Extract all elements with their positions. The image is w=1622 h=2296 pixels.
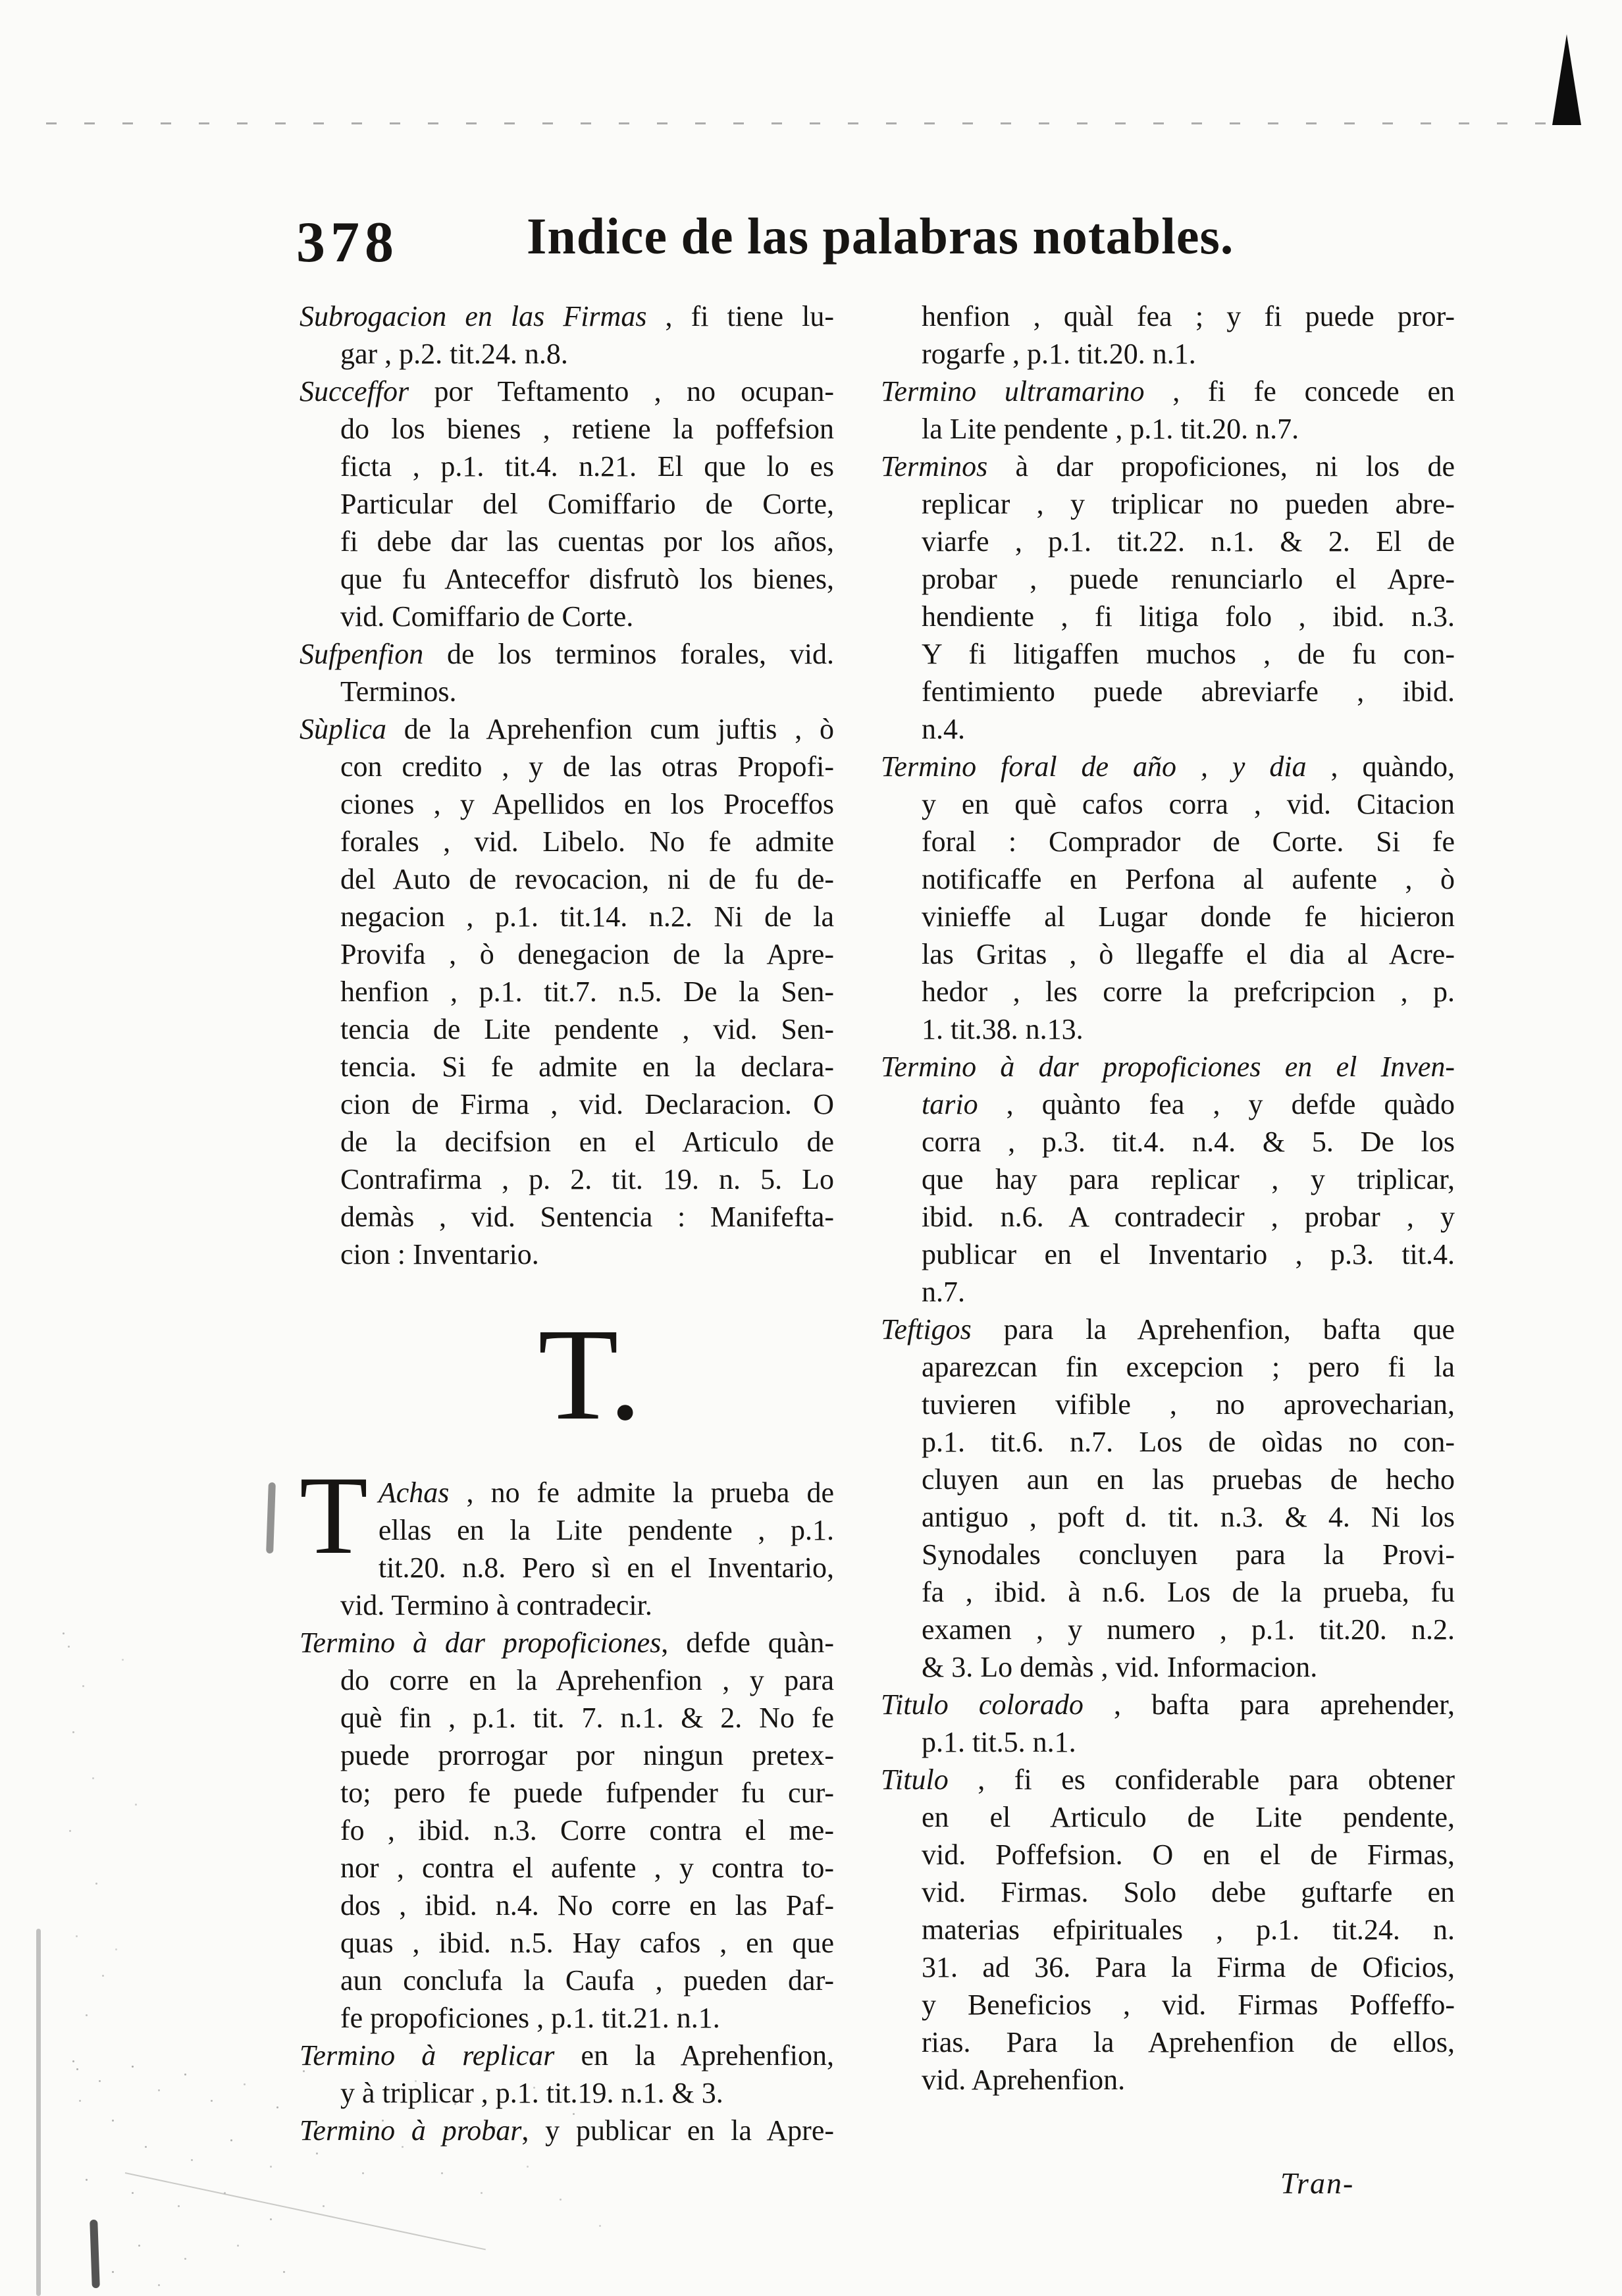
entry-text: fentimiento puede abreviarfe , ibid. — [922, 675, 1455, 708]
entry-text: ficta , p.1. tit.4. n.21. El que lo es — [340, 450, 834, 483]
index-entry: Sùplica de la Aprehenfion cum juftis , ò… — [300, 710, 834, 1273]
entry-line: p.1. tit.5. n.1. — [922, 1723, 1455, 1761]
entry-text: Provifa , ò denegacion de la Apre- — [340, 938, 834, 970]
entry-text: do los bienes , retiene la poffefsion — [340, 413, 834, 445]
dropcap-initial: T — [300, 1474, 379, 1557]
entry-line: Particular del Comiffario de Corte, — [340, 485, 834, 523]
entry-text: aun conclufa la Caufa , pueden dar- — [340, 1964, 834, 1996]
entry-term: Succeffor — [300, 375, 409, 407]
entry-line: do corre en la Aprehenfion , y para — [340, 1661, 834, 1699]
entry-line: vid. Aprehenfion. — [922, 2061, 1455, 2099]
entry-text: Particular del Comiffario de Corte, — [340, 488, 834, 520]
entry-line: fo , ibid. n.3. Corre contra el me- — [340, 1812, 834, 1849]
entry-line: demàs , vid. Sentencia : Manifefta- — [340, 1198, 834, 1236]
entry-term: Subrogacion en las Firmas — [300, 300, 646, 332]
entry-line: gar , p.2. tit.24. n.8. — [340, 335, 834, 373]
entry-text: probar , puede renunciarlo el Apre- — [922, 563, 1455, 595]
entry-line: Contrafirma , p. 2. tit. 19. n. 5. Lo — [340, 1161, 834, 1198]
entry-text: notificaffe en Perfona al aufente , ò — [922, 863, 1455, 895]
entry-line: nor , contra el aufente , y contra to- — [340, 1849, 834, 1887]
entry-line: tencia de Lite pendente , vid. Sen- — [340, 1010, 834, 1048]
entry-text: fo , ibid. n.3. Corre contra el me- — [340, 1814, 834, 1846]
entry-line: que hay para replicar , y triplicar, — [922, 1161, 1455, 1198]
entry-text: , y publicar en la Apre- — [521, 2114, 834, 2147]
page-title: Indice de las palabras notables. — [527, 207, 1234, 266]
index-entry: henfion , quàl fea ; y fi puede pror-rog… — [881, 298, 1455, 373]
entry-term: Termino foral de año , y dia — [881, 750, 1307, 783]
entry-text: , quàndo, — [1307, 750, 1455, 783]
entry-text: aparezcan fin excepcion ; pero fi la — [922, 1351, 1455, 1383]
entry-line: Termino à probar, y publicar en la Apre- — [300, 2112, 834, 2149]
entry-text: antiguo , poft d. tit. n.3. & 4. Ni los — [922, 1501, 1455, 1533]
entry-text: cion de Firma , vid. Declaracion. O — [340, 1088, 834, 1120]
index-entry: Sufpenfion de los terminos forales, vid.… — [300, 635, 834, 710]
entry-line: Subrogacion en las Firmas , fi tiene lu- — [300, 298, 834, 335]
index-entry: Titulo , fi es confiderable para obtener… — [881, 1761, 1455, 2099]
entry-text: con credito , y de las otras Propofi- — [340, 750, 834, 783]
entry-line: que fu Anteceffor disfrutò los bienes, — [340, 560, 834, 598]
entry-line: dos , ibid. n.4. No corre en las Paf- — [340, 1887, 834, 1924]
entry-text: fi debe dar las cuentas por los años, — [340, 525, 834, 558]
entry-line: & 3. Lo demàs , vid. Informacion. — [922, 1648, 1455, 1686]
entry-text: rogarfe , p.1. tit.20. n.1. — [922, 338, 1196, 370]
entry-text: Synodales concluyen para la Provi- — [922, 1538, 1455, 1571]
entry-text: materias efpirituales , p.1. tit.24. n. — [922, 1914, 1455, 1946]
entry-text: cion : Inventario. — [340, 1238, 539, 1270]
entry-text: , defde quàn- — [661, 1627, 834, 1659]
entry-text: tit.20. n.8. Pero sì en el Inventario, — [379, 1552, 834, 1584]
entry-term: Sufpenfion — [300, 638, 423, 670]
entry-line: vid. Termino à contradecir. — [340, 1586, 834, 1624]
entry-text: fa , ibid. à n.6. Los de la prueba, fu — [922, 1576, 1455, 1608]
entry-line: Terminos. — [340, 673, 834, 710]
entry-line: n.4. — [922, 710, 1455, 748]
entry-line: tencia. Si fe admite en la declara- — [340, 1048, 834, 1085]
entry-text: n.4. — [922, 713, 965, 745]
catchword: Tran- — [1280, 2166, 1354, 2201]
entry-line: to; pero fe puede fufpender fu cur- — [340, 1774, 834, 1812]
entry-line: negacion , p.1. tit.14. n.2. Ni de la — [340, 898, 834, 935]
entry-line: y en què cafos corra , vid. Citacion — [922, 785, 1455, 823]
scan-scratch-artifact — [125, 2172, 486, 2250]
entry-line: Teftigos para la Aprehenfion, bafta que — [881, 1311, 1455, 1348]
entry-text: nor , contra el aufente , y contra to- — [340, 1852, 834, 1884]
entry-line: aparezcan fin excepcion ; pero fi la — [922, 1348, 1455, 1386]
entry-text: 31. ad 36. Para la Firma de Oficios, — [922, 1951, 1455, 1983]
entry-line: do los bienes , retiene la poffefsion — [340, 410, 834, 448]
entry-text: publicar en el Inventario , p.3. tit.4. — [922, 1238, 1455, 1270]
entry-line: y à triplicar , p.1. tit.19. n.1. & 3. — [340, 2074, 834, 2112]
index-entry: Termino à probar, y publicar en la Apre- — [300, 2112, 834, 2149]
entry-line: probar , puede renunciarlo el Apre- — [922, 560, 1455, 598]
entry-line: fi debe dar las cuentas por los años, — [340, 523, 834, 560]
entry-text: puede prorrogar por ningun pretex- — [340, 1739, 834, 1771]
index-entry: Titulo colorado , bafta para aprehender,… — [881, 1686, 1455, 1761]
entry-term: tario — [922, 1088, 978, 1120]
entry-text: ibid. n.6. A contradecir , probar , y — [922, 1201, 1455, 1233]
entry-text: vinieffe al Lugar donde fe hicieron — [922, 900, 1455, 933]
entry-text: n.7. — [922, 1276, 965, 1308]
entry-text: quas , ibid. n.5. Hay cafos , en que — [340, 1927, 834, 1959]
page-number: 378 — [296, 209, 399, 276]
entry-line: Provifa , ò denegacion de la Apre- — [340, 935, 834, 973]
entry-text: , quànto fea , y defde quàdo — [978, 1088, 1455, 1120]
entry-text: Terminos. — [340, 675, 457, 708]
entry-line: examen , y numero , p.1. tit.20. n.2. — [922, 1611, 1455, 1648]
entry-line: henfion , quàl fea ; y fi puede pror- — [922, 298, 1455, 335]
entry-text: ciones , y Apellidos en los Proceffos — [340, 788, 834, 820]
entry-text: examen , y numero , p.1. tit.20. n.2. — [922, 1613, 1455, 1646]
entry-text: vid. Poffefsion. O en el de Firmas, — [922, 1839, 1455, 1871]
entry-line: de la decifsion en el Articulo de — [340, 1123, 834, 1161]
entry-text: Y fi litigaffen muchos , de fu con- — [922, 638, 1455, 670]
entry-term: Sùplica — [300, 713, 386, 745]
entry-text: que hay para replicar , y triplicar, — [922, 1163, 1455, 1195]
entry-line: tario , quànto fea , y defde quàdo — [922, 1085, 1455, 1123]
index-entry: Subrogacion en las Firmas , fi tiene lu-… — [300, 298, 834, 373]
entry-text: y à triplicar , p.1. tit.19. n.1. & 3. — [340, 2077, 723, 2109]
entry-line: con credito , y de las otras Propofi- — [340, 748, 834, 785]
entry-line: materias efpirituales , p.1. tit.24. n. — [922, 1911, 1455, 1948]
index-entry: Termino à dar propoficiones en el Inven-… — [881, 1048, 1455, 1311]
entry-line: Termino foral de año , y dia , quàndo, — [881, 748, 1455, 785]
entry-line: corra , p.3. tit.4. n.4. & 5. De los — [922, 1123, 1455, 1161]
entry-text: de los terminos forales, vid. — [423, 638, 834, 670]
entry-text: forales , vid. Libelo. No fe admite — [340, 825, 834, 858]
entry-text: Contrafirma , p. 2. tit. 19. n. 5. Lo — [340, 1163, 834, 1195]
index-entry: TAchas , no fe admite la prueba deellas … — [300, 1474, 834, 1624]
entry-line: ciones , y Apellidos en los Proceffos — [340, 785, 834, 823]
entry-line: rogarfe , p.1. tit.20. n.1. — [922, 335, 1455, 373]
entry-term: Terminos — [881, 450, 987, 483]
entry-line: Y fi litigaffen muchos , de fu con- — [922, 635, 1455, 673]
entry-text: las Gritas , ò llegaffe el dia al Acre- — [922, 938, 1455, 970]
entry-line: aun conclufa la Caufa , pueden dar- — [340, 1962, 834, 1999]
scan-noise-speckles — [63, 1632, 65, 1634]
entry-line: puede prorrogar por ningun pretex- — [340, 1736, 834, 1774]
margin-ink-mark-artifact — [266, 1482, 276, 1553]
entry-text: henfion , quàl fea ; y fi puede pror- — [922, 300, 1455, 332]
entry-line: tuvieren vifible , no aprovecharian, — [922, 1386, 1455, 1423]
entry-line: vinieffe al Lugar donde fe hicieron — [922, 898, 1455, 935]
entry-text: y en què cafos corra , vid. Citacion — [922, 788, 1455, 820]
entry-line: Sùplica de la Aprehenfion cum juftis , ò — [300, 710, 834, 748]
entry-text: què fin , p.1. tit. 7. n.1. & 2. No fe — [340, 1702, 834, 1734]
entry-line: publicar en el Inventario , p.3. tit.4. — [922, 1236, 1455, 1273]
entry-text: rias. Para la Aprehenfion de ellos, — [922, 2026, 1455, 2058]
entry-text: de la Aprehenfion cum juftis , ò — [386, 713, 834, 745]
index-entry: Termino à replicar en la Aprehenfion,y à… — [300, 2037, 834, 2112]
entry-line: notificaffe en Perfona al aufente , ò — [922, 860, 1455, 898]
entry-line: Achas , no fe admite la prueba de — [300, 1474, 834, 1511]
entry-text: que fu Anteceffor disfrutò los bienes, — [340, 563, 834, 595]
entry-text: vid. Comiffario de Corte. — [340, 600, 633, 633]
entry-text: henfion , p.1. tit.7. n.5. De la Sen- — [340, 976, 834, 1008]
entry-line: viarfe , p.1. tit.22. n.1. & 2. El de — [922, 523, 1455, 560]
entry-text: , bafta para aprehender, — [1084, 1688, 1455, 1721]
scan-dashed-line-artifact — [46, 122, 1580, 124]
entry-text: , fi fe concede en — [1145, 375, 1455, 407]
entry-text: vid. Firmas. Solo debe guftarfe en — [922, 1876, 1455, 1908]
entry-text: , fi es confiderable para obtener — [949, 1763, 1455, 1796]
entry-line: ibid. n.6. A contradecir , probar , y — [922, 1198, 1455, 1236]
entry-text: y Beneficios , vid. Firmas Poffeffo- — [922, 1989, 1455, 2021]
entry-text: hedor , les corre la prefcripcion , p. — [922, 976, 1455, 1008]
entry-line: p.1. tit.6. n.7. Los de oìdas no con- — [922, 1423, 1455, 1461]
entry-text: corra , p.3. tit.4. n.4. & 5. De los — [922, 1126, 1455, 1158]
entry-line: Termino à dar propoficiones en el Inven- — [881, 1048, 1455, 1085]
entry-line: ficta , p.1. tit.4. n.21. El que lo es — [340, 448, 834, 485]
entry-line: hedor , les corre la prefcripcion , p. — [922, 973, 1455, 1010]
entry-line: cion : Inventario. — [340, 1236, 834, 1273]
entry-line: ellas en la Lite pendente , p.1. — [300, 1511, 834, 1549]
entry-line: n.7. — [922, 1273, 1455, 1311]
entry-line: Sufpenfion de los terminos forales, vid. — [300, 635, 834, 673]
index-entry: Termino ultramarino , fi fe concede enla… — [881, 373, 1455, 448]
entry-line: del Auto de revocacion, ni de fu de- — [340, 860, 834, 898]
entry-text: dos , ibid. n.4. No corre en las Paf- — [340, 1889, 834, 1921]
entry-text: p.1. tit.6. n.7. Los de oìdas no con- — [922, 1426, 1455, 1458]
left-text-column: Subrogacion en las Firmas , fi tiene lu-… — [300, 298, 834, 2149]
entry-term: Termino à probar — [300, 2114, 521, 2147]
entry-text: para la Aprehenfion, bafta que — [972, 1313, 1455, 1345]
entry-text: hendiente , fi litiga folo , ibid. n.3. — [922, 600, 1455, 633]
entry-line: Termino à replicar en la Aprehenfion, — [300, 2037, 834, 2074]
entry-text: à dar propoficiones, ni los de — [987, 450, 1455, 483]
entry-line: replicar , y triplicar no pueden abre- — [922, 485, 1455, 523]
index-entry: Termino foral de año , y dia , quàndo,y … — [881, 748, 1455, 1048]
entry-line: Terminos à dar propoficiones, ni los de — [881, 448, 1455, 485]
entry-text: de la decifsion en el Articulo de — [340, 1126, 834, 1158]
entry-text: negacion , p.1. tit.14. n.2. Ni de la — [340, 900, 834, 933]
entry-line: forales , vid. Libelo. No fe admite — [340, 823, 834, 860]
entry-text: viarfe , p.1. tit.22. n.1. & 2. El de — [922, 525, 1455, 558]
entry-line: Synodales concluyen para la Provi- — [922, 1536, 1455, 1573]
entry-term: Titulo — [881, 1763, 949, 1796]
entry-line: 1. tit.38. n.13. — [922, 1010, 1455, 1048]
entry-term: Termino à dar propoficiones en el Inven- — [881, 1051, 1455, 1083]
index-entry: Terminos à dar propoficiones, ni los der… — [881, 448, 1455, 748]
entry-line: Termino ultramarino , fi fe concede en — [881, 373, 1455, 410]
entry-text: do corre en la Aprehenfion , y para — [340, 1664, 834, 1696]
entry-line: Titulo , fi es confiderable para obtener — [881, 1761, 1455, 1798]
entry-text: en el Articulo de Lite pendente, — [922, 1801, 1455, 1833]
entry-term: Termino ultramarino — [881, 375, 1145, 407]
entry-line: 31. ad 36. Para la Firma de Oficios, — [922, 1948, 1455, 1986]
entry-line: vid. Firmas. Solo debe guftarfe en — [922, 1873, 1455, 1911]
entry-text: del Auto de revocacion, ni de fu de- — [340, 863, 834, 895]
entry-line: y Beneficios , vid. Firmas Poffeffo- — [922, 1986, 1455, 2023]
entry-line: cluyen aun en las pruebas de hecho — [922, 1461, 1455, 1498]
entry-text: cluyen aun en las pruebas de hecho — [922, 1463, 1455, 1496]
entry-text: tencia. Si fe admite en la declara- — [340, 1051, 834, 1083]
entry-text: gar , p.2. tit.24. n.8. — [340, 338, 568, 370]
section-heading: T. — [346, 1309, 834, 1441]
entry-term: Achas — [379, 1476, 450, 1509]
entry-text: foral : Comprador de Corte. Si fe — [922, 825, 1455, 858]
entry-line: la Lite pendente , p.1. tit.20. n.7. — [922, 410, 1455, 448]
entry-line: en el Articulo de Lite pendente, — [922, 1798, 1455, 1836]
entry-text: & 3. Lo demàs , vid. Informacion. — [922, 1651, 1317, 1683]
entry-line: tit.20. n.8. Pero sì en el Inventario, — [340, 1549, 834, 1586]
entry-line: Titulo colorado , bafta para aprehender, — [881, 1686, 1455, 1723]
entry-term: Termino à dar propoficiones — [300, 1627, 661, 1659]
entry-text: p.1. tit.5. n.1. — [922, 1726, 1076, 1758]
entry-line: fa , ibid. à n.6. Los de la prueba, fu — [922, 1573, 1455, 1611]
entry-line: què fin , p.1. tit. 7. n.1. & 2. No fe — [340, 1699, 834, 1736]
entry-line: cion de Firma , vid. Declaracion. O — [340, 1085, 834, 1123]
page-edge-shadow — [36, 1929, 41, 2296]
entry-text: por Teftamento , no ocupan- — [409, 375, 834, 407]
entry-text: tencia de Lite pendente , vid. Sen- — [340, 1013, 834, 1045]
entry-line: fentimiento puede abreviarfe , ibid. — [922, 673, 1455, 710]
scan-corner-triangle-artifact — [1552, 34, 1581, 125]
entry-line: fe propoficiones , p.1. tit.21. n.1. — [340, 1999, 834, 2037]
entry-line: Succeffor por Teftamento , no ocupan- — [300, 373, 834, 410]
entry-line: hendiente , fi litiga folo , ibid. n.3. — [922, 598, 1455, 635]
entry-text: en la Aprehenfion, — [554, 2039, 834, 2072]
right-text-column: henfion , quàl fea ; y fi puede pror-rog… — [881, 298, 1455, 2099]
entry-line: antiguo , poft d. tit. n.3. & 4. Ni los — [922, 1498, 1455, 1536]
scan-streak-artifact — [90, 2220, 100, 2288]
index-entry: Succeffor por Teftamento , no ocupan-do … — [300, 373, 834, 635]
entry-line: quas , ibid. n.5. Hay cafos , en que — [340, 1924, 834, 1962]
entry-text: tuvieren vifible , no aprovecharian, — [922, 1388, 1455, 1421]
entry-line: Termino à dar propoficiones, defde quàn- — [300, 1624, 834, 1661]
entry-term: Termino à replicar — [300, 2039, 554, 2072]
scanned-book-page: 378 Indice de las palabras notables. Sub… — [0, 0, 1622, 2296]
entry-text: 1. tit.38. n.13. — [922, 1013, 1084, 1045]
entry-line: las Gritas , ò llegaffe el dia al Acre- — [922, 935, 1455, 973]
entry-text: , no fe admite la prueba de — [449, 1476, 834, 1509]
entry-text: ellas en la Lite pendente , p.1. — [379, 1514, 834, 1546]
entry-line: rias. Para la Aprehenfion de ellos, — [922, 2023, 1455, 2061]
entry-line: vid. Comiffario de Corte. — [340, 598, 834, 635]
entry-term: Titulo colorado — [881, 1688, 1084, 1721]
entry-text: , fi tiene lu- — [646, 300, 834, 332]
entry-text: fe propoficiones , p.1. tit.21. n.1. — [340, 2002, 720, 2034]
entry-line: foral : Comprador de Corte. Si fe — [922, 823, 1455, 860]
entry-text: vid. Aprehenfion. — [922, 2064, 1125, 2096]
entry-text: to; pero fe puede fufpender fu cur- — [340, 1777, 834, 1809]
entry-text: demàs , vid. Sentencia : Manifefta- — [340, 1201, 834, 1233]
entry-term: Teftigos — [881, 1313, 972, 1345]
index-entry: Termino à dar propoficiones, defde quàn-… — [300, 1624, 834, 2037]
entry-text: la Lite pendente , p.1. tit.20. n.7. — [922, 413, 1299, 445]
entry-text: vid. Termino à contradecir. — [340, 1589, 652, 1621]
index-entry: Teftigos para la Aprehenfion, bafta quea… — [881, 1311, 1455, 1686]
scan-noise-speckles — [72, 2060, 74, 2062]
entry-line: vid. Poffefsion. O en el de Firmas, — [922, 1836, 1455, 1873]
entry-text: replicar , y triplicar no pueden abre- — [922, 488, 1455, 520]
entry-line: henfion , p.1. tit.7. n.5. De la Sen- — [340, 973, 834, 1010]
